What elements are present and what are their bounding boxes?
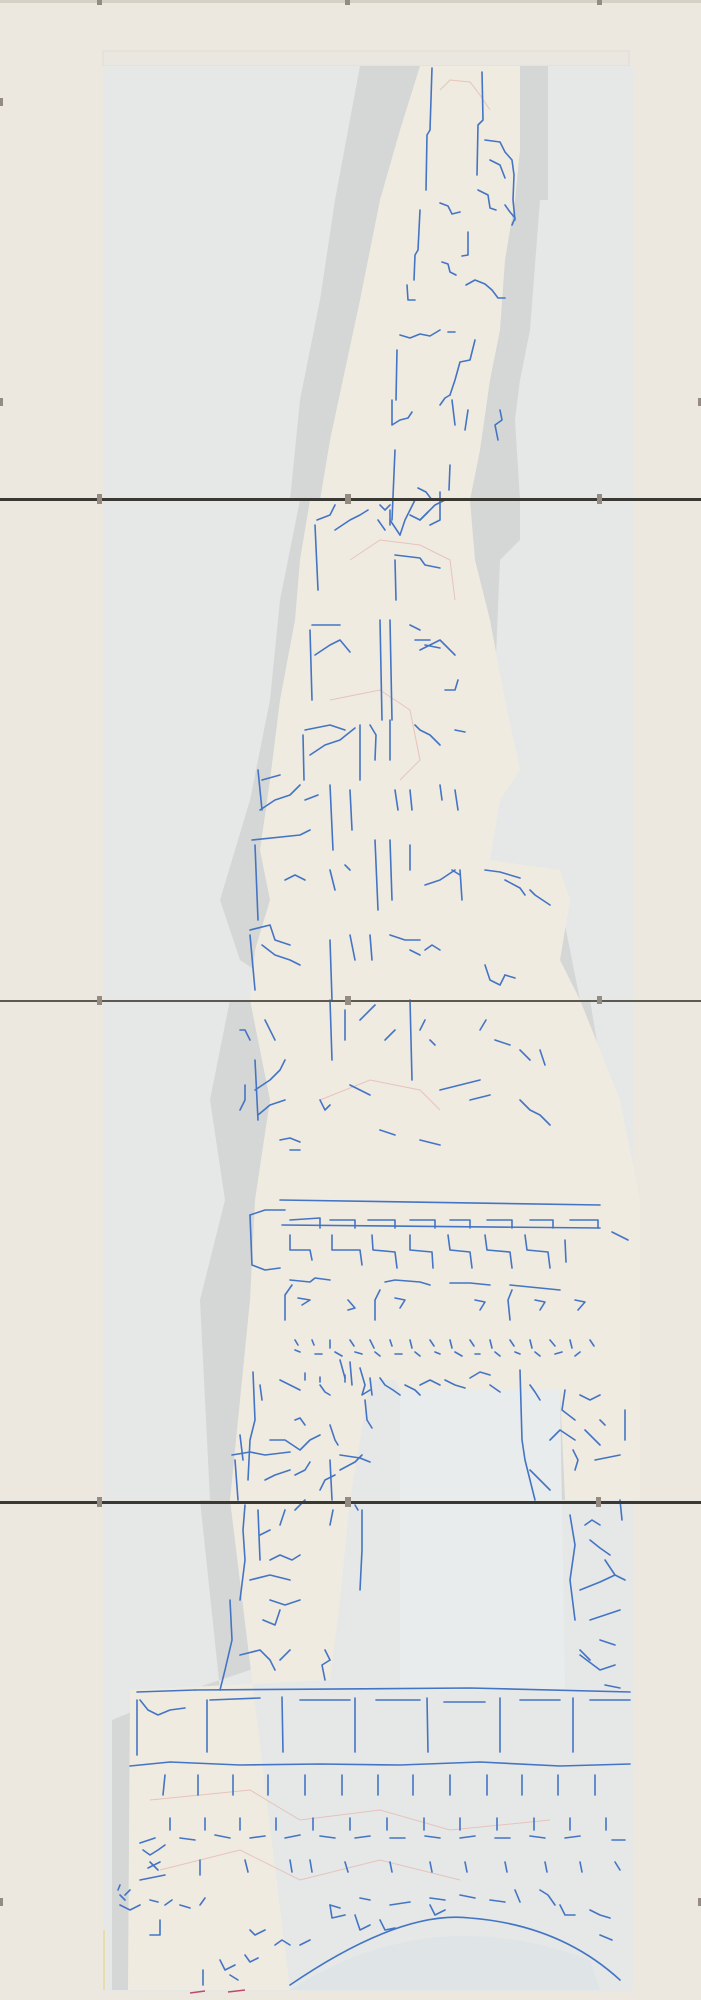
artwork-photo: [0, 0, 701, 2000]
paper-top-strip: [103, 51, 629, 66]
frame-top-edge: [0, 0, 701, 3]
